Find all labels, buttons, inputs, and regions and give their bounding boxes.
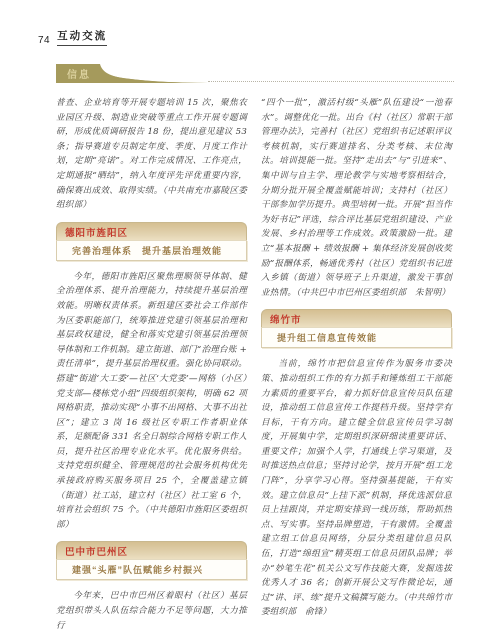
magazine-page: 74 互动交流 信息 普查、企业培育等开展专题培训 15 次，聚焦农业园区升级、… bbox=[0, 0, 484, 640]
section-subtitle: 建强“头雁”队伍赋能乡村振兴 bbox=[56, 559, 247, 580]
info-badge: 信息 bbox=[56, 64, 208, 83]
body-paragraph: 普查、企业培育等开展专题培训 15 次，聚焦农业园区升级、制造业突破等重点工作开… bbox=[56, 96, 247, 213]
section-header: 绵竹市提升组工信息宣传效能 bbox=[261, 309, 452, 348]
body-paragraph: 今年，德阳市旌阳区聚焦理顺领导体制、健全治理体系、提升治理能力，持续提升基层治理… bbox=[56, 270, 247, 533]
badge-label: 信息 bbox=[67, 66, 91, 81]
body-paragraph: “四个一批”，激活村级“头雁”队伍建设“一池春水”。调整优化一批。出台《村（社区… bbox=[261, 96, 452, 300]
section-title: 绵竹市 bbox=[261, 309, 452, 327]
dotted-rule bbox=[208, 81, 454, 82]
running-header: 74 互动交流 bbox=[38, 28, 454, 46]
section-subtitle: 提升组工信息宣传效能 bbox=[261, 327, 452, 348]
section-header: 巴中市巴州区建强“头雁”队伍赋能乡村振兴 bbox=[56, 541, 247, 580]
section-header: 德阳市旌阳区完善治理体系 提升基层治理效能 bbox=[56, 222, 247, 261]
column-section-title: 互动交流 bbox=[57, 28, 107, 46]
section-subtitle: 完善治理体系 提升基层治理效能 bbox=[56, 240, 247, 261]
info-badge-row: 信息 bbox=[56, 64, 454, 83]
two-column-body: 普查、企业培育等开展专题培训 15 次，聚焦农业园区升级、制造业突破等重点工作开… bbox=[56, 96, 454, 638]
section-title: 德阳市旌阳区 bbox=[56, 222, 247, 240]
body-paragraph: 当前，绵竹市把信息宣传作为服务市委决策、推动组织工作的有力抓手和锤炼组工干部能力… bbox=[261, 357, 452, 620]
column-left: 普查、企业培育等开展专题培训 15 次，聚焦农业园区升级、制造业突破等重点工作开… bbox=[56, 96, 247, 638]
body-paragraph: 今年来，巴中市巴州区着眼村（社区）基层党组织带头人队伍综合能力不足等问题，大力推… bbox=[56, 589, 247, 633]
section-title: 巴中市巴州区 bbox=[56, 541, 247, 559]
page-number: 74 bbox=[38, 35, 50, 46]
column-right: “四个一批”，激活村级“头雁”队伍建设“一池春水”。调整优化一批。出台《村（社区… bbox=[261, 96, 452, 638]
